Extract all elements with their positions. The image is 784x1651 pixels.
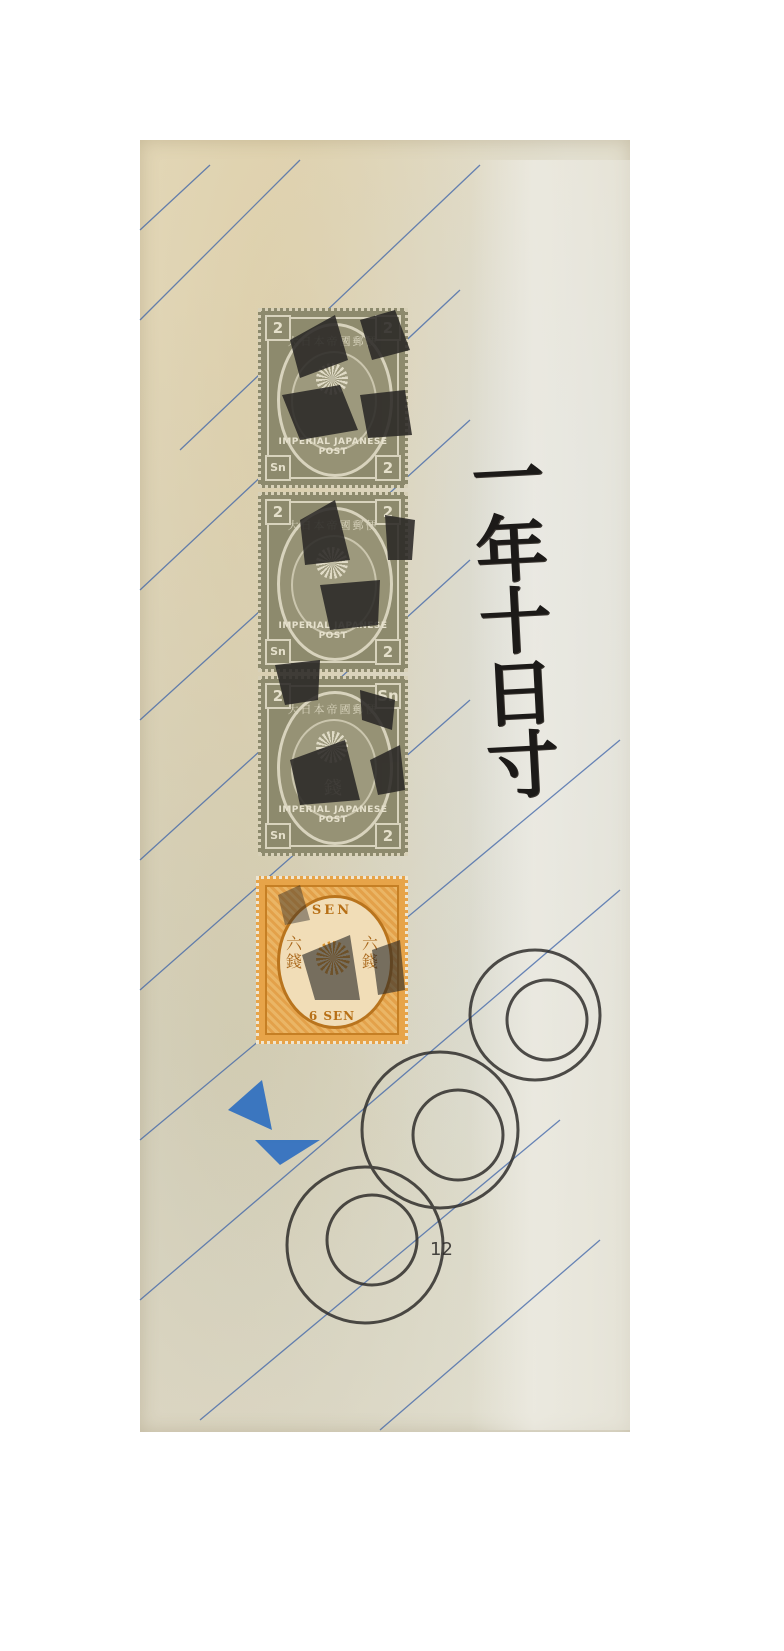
handwritten-inscription: 一年十日寸 [446,438,565,803]
cancellations: 12 [0,0,784,1651]
postmark-label: 12 [430,1239,453,1260]
